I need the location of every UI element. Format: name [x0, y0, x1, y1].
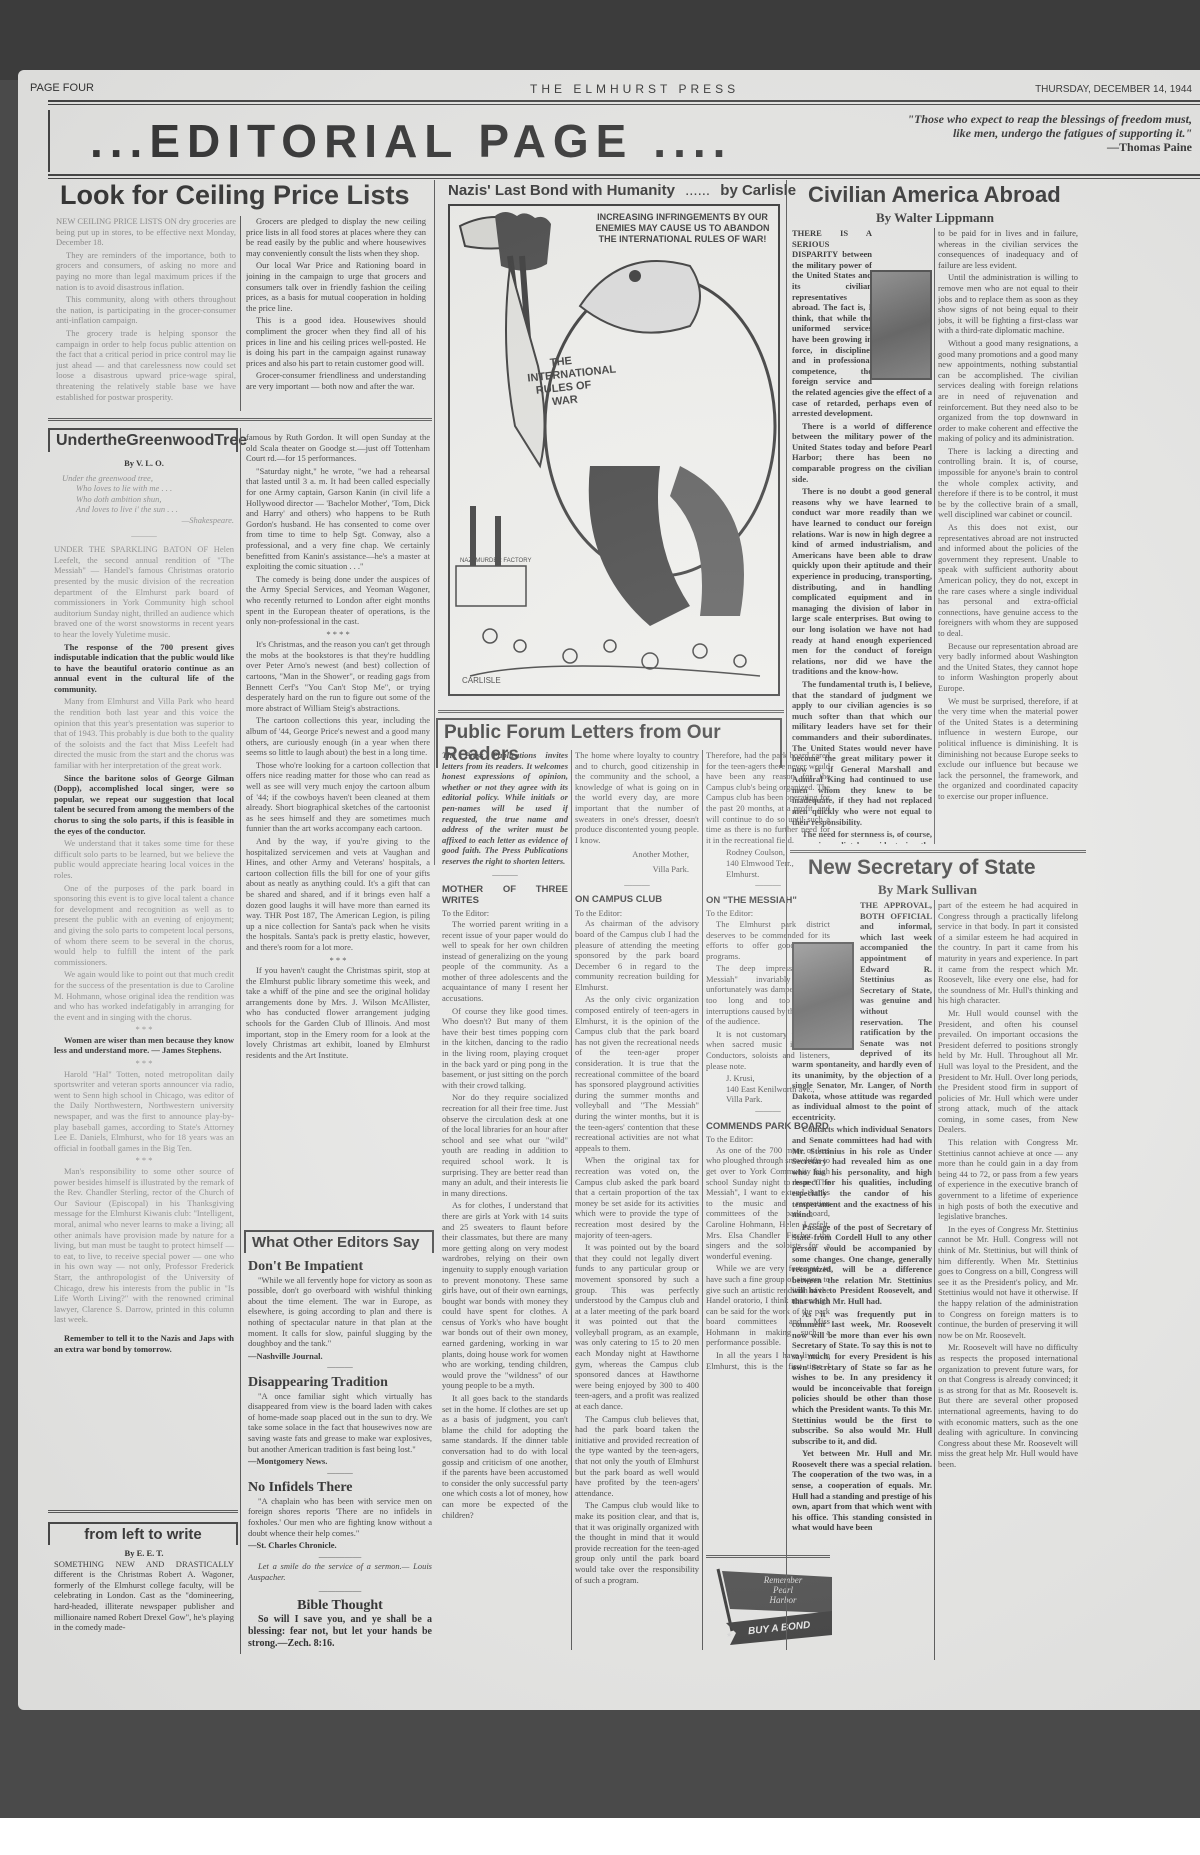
left-to-write-byline: By E. E. T.	[54, 1548, 234, 1559]
greenwood-col1: By V. L. O. Under the greenwood tree, Wh…	[54, 456, 234, 1456]
bible-thought-text: So will I save you, and ye shall be a bl…	[248, 1614, 432, 1650]
masthead-quote: "Those who expect to reap the blessings …	[892, 112, 1192, 154]
paragraph: When the original tax for recreation was…	[575, 1155, 699, 1240]
paragraph: The grocery trade is helping sponsor the…	[56, 328, 236, 402]
divider-dash: ———	[575, 879, 699, 890]
editorial-heading: Disappearing Tradition	[248, 1378, 432, 1389]
cartoon-title: Nazis' Last Bond with Humanity ...... by…	[448, 182, 796, 199]
paragraph: Yet between Mr. Hull and Mr. Roosevelt t…	[792, 1448, 932, 1533]
paragraph: "A once familiar sight which virtually h…	[248, 1391, 432, 1455]
issue-date: THURSDAY, DECEMBER 14, 1944	[1035, 84, 1192, 95]
left-to-write-header: from left to write	[48, 1522, 238, 1545]
letter-heading: MOTHER OF THREE WRITES	[442, 885, 568, 906]
left-to-write-body: By E. E. T. SOMETHING NEW AND DRASTICALL…	[54, 1548, 234, 1648]
paragraph: The fundamental truth is, I believe, tha…	[792, 679, 932, 827]
column-rule	[786, 180, 787, 1650]
paragraph: This is a good idea. Housewives should c…	[246, 315, 426, 368]
paragraph: Mr. Roosevelt will have no difficulty as…	[938, 1342, 1078, 1469]
paragraph: SOMETHING NEW AND DRASTICALLY different …	[54, 1559, 234, 1633]
ceiling-price-col2: Grocers are pledged to display the new c…	[246, 216, 426, 412]
section-divider	[48, 1510, 238, 1513]
lippmann-col2: to be paid for in lives and in failure, …	[938, 228, 1078, 844]
paragraph: They are reminders of the importance, bo…	[56, 250, 236, 292]
paragraph: We understand that it takes some time fo…	[54, 838, 234, 880]
poem-line: Who loves to lie with me . . .	[76, 483, 234, 494]
column-rule	[240, 216, 241, 411]
section-divider	[790, 850, 1086, 853]
paragraph: Since the baritone solos of George Gilma…	[54, 773, 234, 837]
greenwood-col2: famous by Ruth Gordon. It will open Sund…	[246, 432, 430, 1222]
paragraph: Our local War Price and Rationing board …	[246, 260, 426, 313]
editorial-heading: No Infidels There	[248, 1483, 432, 1494]
editorial-heading: Don't Be Impatient	[248, 1262, 432, 1273]
divider-stars: * * * *	[246, 629, 430, 640]
paragraph: This community, along with others throug…	[56, 294, 236, 326]
editorial-cartoon: NAZI MURDER FACTORY INCREASING INFRINGEM…	[448, 204, 780, 696]
cartoon-illustration-icon: NAZI MURDER FACTORY	[450, 206, 780, 696]
cartoon-scroll-label: THE INTERNATIONAL RULES OF WAR	[525, 352, 600, 411]
divider-dash: —————	[248, 1585, 432, 1596]
paragraph: It's Christmas, and the reason you can't…	[246, 639, 430, 713]
cartoon-caption-balloon: INCREASING INFRINGEMENTS BY OUR ENEMIES …	[590, 212, 775, 245]
ceiling-price-headline: Look for Ceiling Price Lists	[60, 180, 410, 211]
sullivan-headline: New Secretary of State	[808, 856, 1036, 880]
quote-text: "Those who expect to reap the blessings …	[907, 112, 1192, 140]
poem-line: Who doth ambition shun,	[76, 494, 234, 505]
letter-signature-place: Villa Park.	[575, 864, 689, 875]
cartoon-title-dots: ......	[685, 182, 710, 199]
paragraph: One of the purposes of the park board in…	[54, 883, 234, 968]
letter-salutation: To the Editor:	[575, 908, 699, 919]
paragraph: In the eyes of Congress Mr. Stettinius c…	[938, 1224, 1078, 1341]
paragraph: "While we all fervently hope for victory…	[248, 1275, 432, 1349]
paragraph: Grocer-consumer friendliness and underst…	[246, 370, 426, 391]
paragraph: The home where loyalty to country and to…	[575, 750, 699, 845]
letter-signature: Another Mother,	[575, 849, 689, 860]
ceiling-price-col1: NEW CEILING PRICE LISTS ON dry groceries…	[56, 216, 236, 412]
paragraph: The Campus club believes that, had the p…	[575, 1414, 699, 1499]
column-rule	[434, 180, 435, 865]
forum-col1: The Press Publications invites letters f…	[442, 750, 568, 1650]
paragraph: The Campus club would like to make its p…	[575, 1500, 699, 1585]
greenwood-poem: Under the greenwood tree, Who loves to l…	[62, 473, 234, 526]
paragraph: There is lacking a directing and control…	[938, 446, 1078, 520]
lippmann-headline: Civilian America Abroad	[808, 182, 1061, 208]
paragraph: "Saturday night," he wrote, "we had a re…	[246, 466, 430, 572]
paper-name: THE ELMHURST PRESS	[530, 82, 739, 96]
paragraph: The response of the 700 present gives in…	[54, 642, 234, 695]
paragraph: famous by Ruth Gordon. It will open Sund…	[246, 432, 430, 464]
paragraph: The comedy is being done under the auspi…	[246, 574, 430, 627]
sullivan-byline: By Mark Sullivan	[878, 882, 977, 898]
paragraph: If you haven't caught the Christmas spir…	[246, 965, 430, 1060]
column-rule	[934, 900, 935, 1660]
paragraph: It was pointed out by the board that the…	[575, 1242, 699, 1412]
paragraph: Those who're looking for a cartoon colle…	[246, 760, 430, 834]
divider-dash: ———	[706, 879, 830, 890]
section-title-text: EDITORIAL PAGE	[149, 115, 633, 167]
section-divider	[48, 418, 432, 421]
page-label: PAGE FOUR	[30, 82, 94, 94]
paragraph: Man's responsibility to some other sourc…	[54, 1166, 234, 1325]
paragraph: Many from Elmhurst and Villa Park who he…	[54, 696, 234, 770]
masthead: ...EDITORIAL PAGE.... "Those who expect …	[48, 110, 1200, 172]
paragraph: Remember to tell it to the Nazis and Jap…	[54, 1333, 234, 1354]
walter-lippmann-photo	[870, 270, 932, 380]
paragraph: Passage of the post of Secretary of Stat…	[792, 1222, 932, 1307]
poem-line: Under the greenwood tree,	[62, 473, 234, 484]
section-title: ...EDITORIAL PAGE....	[90, 114, 732, 168]
paragraph: This relation with Congress Mr. Stettini…	[938, 1137, 1078, 1222]
masthead-bottom-rule	[48, 174, 1200, 179]
paragraph: As this does not exist, our representati…	[938, 522, 1078, 639]
paragraph: to be paid for in lives and in failure, …	[938, 228, 1078, 270]
poem-line: And loves to live i' the sun . . .	[76, 504, 234, 515]
section-divider	[438, 710, 784, 713]
other-editors-header: What Other Editors Say	[244, 1230, 434, 1253]
other-editors-body: Don't Be Impatient "While we all fervent…	[248, 1256, 432, 1656]
paragraph: "A chaplain who has been with service me…	[248, 1496, 432, 1538]
paragraph: Of course they like good times. Who does…	[442, 1006, 568, 1091]
svg-text:NAZI MURDER FACTORY: NAZI MURDER FACTORY	[460, 558, 531, 564]
lippmann-byline: By Walter Lippmann	[876, 210, 994, 226]
editorial-source: —St. Charles Chronicle.	[248, 1540, 432, 1551]
paragraph: Contacts which individual Senators and S…	[792, 1124, 932, 1219]
paragraph: Women are wiser than men because they kn…	[54, 1035, 234, 1056]
editorial-source: —Nashville Journal.	[248, 1351, 432, 1362]
trail-dots: ....	[653, 115, 732, 167]
paragraph: As it was frequently put in comment last…	[792, 1309, 932, 1447]
paragraph: We must be surprised, therefore, if at t…	[938, 696, 1078, 802]
running-head: PAGE FOUR THE ELMHURST PRESS THURSDAY, D…	[30, 82, 1200, 100]
paragraph: As for clothes, I understand that there …	[442, 1200, 568, 1391]
paragraph: The cartoon collections this year, inclu…	[246, 715, 430, 757]
letter-salutation: To the Editor:	[442, 908, 568, 919]
smile-quote: Let a smile do the service of a sermon.—…	[248, 1561, 432, 1582]
paragraph: And by the way, if you're giving to the …	[246, 836, 430, 953]
paragraph: Nor do they require socialized recreatio…	[442, 1092, 568, 1198]
paragraph: We again would like to point out that mu…	[54, 969, 234, 1022]
greenwood-column-header: UndertheGreenwoodTree	[48, 428, 238, 452]
divider-dash: ———	[248, 1361, 432, 1372]
divider-dash: ———	[442, 869, 568, 880]
masthead-rule	[48, 100, 1200, 105]
divider-stars: * * *	[54, 1058, 234, 1069]
paragraph: There is a world of difference between t…	[792, 421, 932, 485]
divider-dash: ———	[54, 530, 234, 541]
sullivan-col2: part of the esteem he had acquired in Co…	[938, 900, 1078, 1660]
paragraph: As chairman of the advisory board of the…	[575, 918, 699, 992]
forum-col2: The home where loyalty to country and to…	[575, 750, 699, 1650]
paragraph: The worried parent writing in a recent i…	[442, 919, 568, 1004]
column-rule	[571, 750, 572, 1650]
cartoon-title-text: Nazis' Last Bond with Humanity	[448, 182, 675, 199]
paragraph: NEW CEILING PRICE LISTS ON dry groceries…	[56, 216, 236, 248]
divider-stars: * * *	[246, 955, 430, 966]
bible-thought-heading: Bible Thought	[248, 1601, 432, 1612]
paragraph: There is no doubt a good general reasons…	[792, 486, 932, 677]
greenwood-byline: By V. L. O.	[54, 458, 234, 469]
paragraph: As the only civic organization composed …	[575, 994, 699, 1153]
microfilm-top-edge	[0, 0, 1200, 80]
cartoon-byline: by Carlisle	[720, 182, 796, 199]
divider-dash: ———	[248, 1467, 432, 1478]
paragraph: Until the administration is willing to r…	[938, 272, 1078, 336]
paragraph: Mr. Hull would counsel with the Presiden…	[938, 1008, 1078, 1135]
paragraph: Grocers are pledged to display the new c…	[246, 216, 426, 258]
cartoon-signature: CARLISLE	[462, 676, 501, 685]
quote-attribution: —Thomas Paine	[892, 140, 1192, 154]
forum-intro: The Press Publications invites letters f…	[442, 750, 568, 867]
column-rule	[934, 228, 935, 844]
paragraph: It all goes back to the standards set in…	[442, 1393, 568, 1520]
svg-text:★: ★	[726, 1631, 732, 1639]
paragraph: Without a good many resignations, a good…	[938, 338, 1078, 444]
letter-heading: ON CAMPUS CLUB	[575, 895, 699, 906]
stettinius-photo	[792, 942, 854, 1050]
paragraph: Harold "Hal" Totten, noted metropolitan …	[54, 1069, 234, 1154]
editorial-source: —Montgomery News.	[248, 1456, 432, 1467]
poem-attribution: —Shakespeare.	[62, 515, 234, 526]
paragraph: The need for sternness is, of course, mo…	[792, 829, 932, 844]
column-rule	[702, 750, 703, 1650]
paragraph: part of the esteem he had acquired in Co…	[938, 900, 1078, 1006]
divider-dash: —————	[248, 1551, 432, 1562]
newspaper-page: PAGE FOUR THE ELMHURST PRESS THURSDAY, D…	[18, 70, 1200, 1710]
divider-stars: * * *	[54, 1024, 234, 1035]
paragraph: Because our representation abroad are ve…	[938, 641, 1078, 694]
divider-stars: * * *	[54, 1155, 234, 1166]
paragraph: UNDER THE SPARKLING BATON OF Helen Leefe…	[54, 544, 234, 639]
lead-dots: ...	[90, 115, 149, 167]
column-rule	[240, 428, 241, 1654]
